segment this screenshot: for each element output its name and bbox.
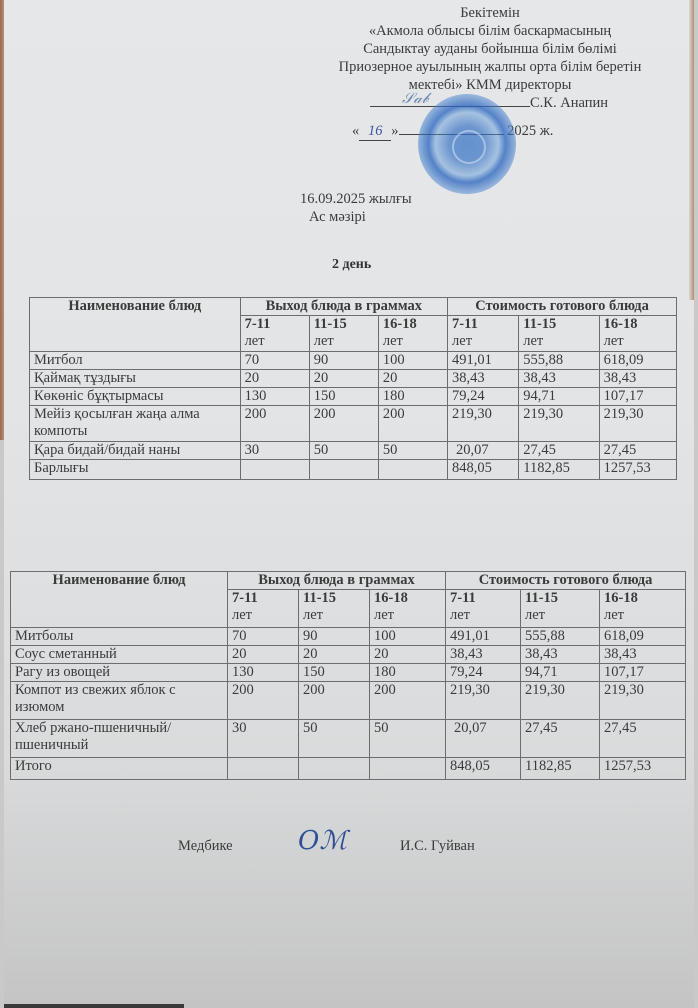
director-name: С.К. Анапин [530, 95, 608, 111]
header-age-16-18: 16-18лет [600, 590, 686, 628]
dish-cost: 38,43 [519, 370, 599, 388]
dish-weight: 200 [299, 682, 370, 720]
dish-weight: 200 [309, 406, 378, 442]
dish-weight: 150 [299, 664, 370, 682]
dish-weight: 50 [378, 442, 447, 460]
dish-weight: 20 [299, 646, 370, 664]
nurse-signature-icon: Оℳ [298, 826, 347, 856]
dish-weight: 70 [240, 352, 309, 370]
menu-heading: 16.09.2025 жылғы Ас мәзірі [300, 190, 412, 226]
dish-cost: 79,24 [446, 664, 521, 682]
approval-line: мектебі» КММ директоры [290, 76, 690, 94]
approval-line: Сандыктау ауданы бойынша білім бөлімі [290, 40, 690, 58]
header-dish-name: Наименование блюд [11, 572, 228, 628]
dish-weight: 200 [240, 406, 309, 442]
dish-cost: 491,01 [448, 352, 519, 370]
approval-line: Бекітемін [290, 4, 690, 22]
dish-cost: 27,45 [599, 442, 676, 460]
dish-name: Соус сметанный [11, 646, 228, 664]
dish-name: Көкөніс бұқтырмасы [30, 388, 241, 406]
header-age-16-18: 16-18лет [599, 316, 676, 352]
dish-name: Митбол [30, 352, 241, 370]
header-age-7-11: 7-11лет [448, 316, 519, 352]
dish-weight: 150 [309, 388, 378, 406]
approval-line: «Акмола облысы білім баскармасының [290, 22, 690, 40]
dish-weight: 90 [309, 352, 378, 370]
dish-weight: 20 [378, 370, 447, 388]
dish-cost: 555,88 [519, 352, 599, 370]
dish-weight: 20 [240, 370, 309, 388]
dish-name: Компот из свежих яблок с изюмом [11, 682, 228, 720]
dish-cost: 79,24 [448, 388, 519, 406]
dish-weight: 90 [299, 628, 370, 646]
menu-table-russian: Наименование блюд Выход блюда в граммах … [10, 571, 686, 780]
approval-day: 16 [359, 122, 391, 141]
total-cost: 848,05 [446, 758, 521, 780]
total-row: Барлығы 848,051182,851257,53 [30, 460, 677, 480]
table-row: Компот из свежих яблок с изюмом200200200… [11, 682, 686, 720]
dish-weight: 130 [228, 664, 299, 682]
dish-weight: 200 [378, 406, 447, 442]
dish-weight: 100 [378, 352, 447, 370]
emblem-icon [452, 130, 486, 164]
dish-cost: 219,30 [521, 682, 600, 720]
dish-weight: 130 [240, 388, 309, 406]
header-age-16-18: 16-18лет [378, 316, 447, 352]
header-age-11-15: 11-15лет [521, 590, 600, 628]
nurse-name: И.С. Гуйван [400, 838, 475, 855]
dish-weight: 50 [299, 720, 370, 758]
dish-cost: 27,45 [519, 442, 599, 460]
nurse-signature-row: Медбике Оℳ И.С. Гуйван [178, 838, 233, 855]
table-row: Қара бидай/бидай наны30505020,0727,4527,… [30, 442, 677, 460]
dish-name: Мейіз қосылған жаңа алма компоты [30, 406, 241, 442]
header-age-16-18: 16-18лет [370, 590, 446, 628]
dish-cost: 94,71 [521, 664, 600, 682]
dish-cost: 20,07 [448, 442, 519, 460]
menu-date: 16.09.2025 жылғы [300, 190, 412, 208]
total-label: Итого [11, 758, 228, 780]
menu-title: Ас мәзірі [300, 208, 412, 226]
document-page [4, 0, 694, 1008]
header-age-7-11: 7-11лет [240, 316, 309, 352]
dish-cost: 38,43 [599, 370, 676, 388]
dish-cost: 38,43 [521, 646, 600, 664]
dish-cost: 618,09 [599, 352, 676, 370]
nurse-role: Медбике [178, 838, 233, 854]
table-row: Рагу из овощей13015018079,2494,71107,17 [11, 664, 686, 682]
dish-cost: 219,30 [599, 406, 676, 442]
total-cost: 848,05 [448, 460, 519, 480]
dish-weight: 200 [370, 682, 446, 720]
dish-weight: 20 [228, 646, 299, 664]
total-cost: 1182,85 [519, 460, 599, 480]
table-row: Қаймақ тұздығы20202038,4338,4338,43 [30, 370, 677, 388]
table-row: Көкөніс бұқтырмасы13015018079,2494,71107… [30, 388, 677, 406]
day-label: 2 день [332, 257, 371, 273]
director-signature-icon: 𝒮𝒶𝒷 [402, 90, 428, 108]
dish-cost: 107,17 [600, 664, 686, 682]
total-cost: 1182,85 [521, 758, 600, 780]
total-row: Итого 848,051182,851257,53 [11, 758, 686, 780]
table-row: Соус сметанный20202038,4338,4338,43 [11, 646, 686, 664]
official-stamp-icon [418, 94, 516, 194]
dish-cost: 491,01 [446, 628, 521, 646]
dish-weight: 100 [370, 628, 446, 646]
dish-name: Рагу из овощей [11, 664, 228, 682]
dish-name: Хлеб ржано-пшеничный/пшеничный [11, 720, 228, 758]
dish-cost: 219,30 [448, 406, 519, 442]
dish-weight: 180 [378, 388, 447, 406]
total-cost: 1257,53 [599, 460, 676, 480]
header-weight-group: Выход блюда в граммах [228, 572, 446, 590]
dish-weight: 180 [370, 664, 446, 682]
dish-name: Қара бидай/бидай наны [30, 442, 241, 460]
dish-weight: 30 [240, 442, 309, 460]
dish-cost: 38,43 [448, 370, 519, 388]
table-row: Митболы7090100491,01555,88618,09 [11, 628, 686, 646]
header-age-11-15: 11-15лет [519, 316, 599, 352]
dish-cost: 555,88 [521, 628, 600, 646]
dish-weight: 20 [370, 646, 446, 664]
dish-cost: 38,43 [446, 646, 521, 664]
dish-name: Қаймақ тұздығы [30, 370, 241, 388]
dish-cost: 20,07 [446, 720, 521, 758]
dish-weight: 50 [309, 442, 378, 460]
table-row: Хлеб ржано-пшеничный/пшеничный30505020,0… [11, 720, 686, 758]
dish-cost: 27,45 [600, 720, 686, 758]
dish-weight: 50 [370, 720, 446, 758]
table-row: Мейіз қосылған жаңа алма компоты20020020… [30, 406, 677, 442]
header-cost-group: Стоимость готового блюда [446, 572, 686, 590]
header-cost-group: Стоимость готового блюда [448, 298, 677, 316]
menu-table-kazakh: Наименование блюд Выход блюда в граммах … [29, 297, 677, 480]
dish-cost: 219,30 [600, 682, 686, 720]
header-dish-name: Наименование блюд [30, 298, 241, 352]
dish-cost: 618,09 [600, 628, 686, 646]
dish-weight: 30 [228, 720, 299, 758]
bottom-shadow [4, 1004, 184, 1008]
header-age-11-15: 11-15лет [299, 590, 370, 628]
approval-line: Приозерное ауылының жалпы орта білім бер… [290, 58, 690, 76]
header-age-7-11: 7-11лет [228, 590, 299, 628]
dish-cost: 219,30 [519, 406, 599, 442]
dish-name: Митболы [11, 628, 228, 646]
total-label: Барлығы [30, 460, 241, 480]
dish-cost: 27,45 [521, 720, 600, 758]
header-weight-group: Выход блюда в граммах [240, 298, 447, 316]
table-row: Митбол7090100491,01555,88618,09 [30, 352, 677, 370]
dish-weight: 200 [228, 682, 299, 720]
dish-cost: 94,71 [519, 388, 599, 406]
header-age-7-11: 7-11лет [446, 590, 521, 628]
header-age-11-15: 11-15лет [309, 316, 378, 352]
dish-cost: 107,17 [599, 388, 676, 406]
dish-weight: 70 [228, 628, 299, 646]
dish-cost: 38,43 [600, 646, 686, 664]
total-cost: 1257,53 [600, 758, 686, 780]
dish-cost: 219,30 [446, 682, 521, 720]
dish-weight: 20 [309, 370, 378, 388]
